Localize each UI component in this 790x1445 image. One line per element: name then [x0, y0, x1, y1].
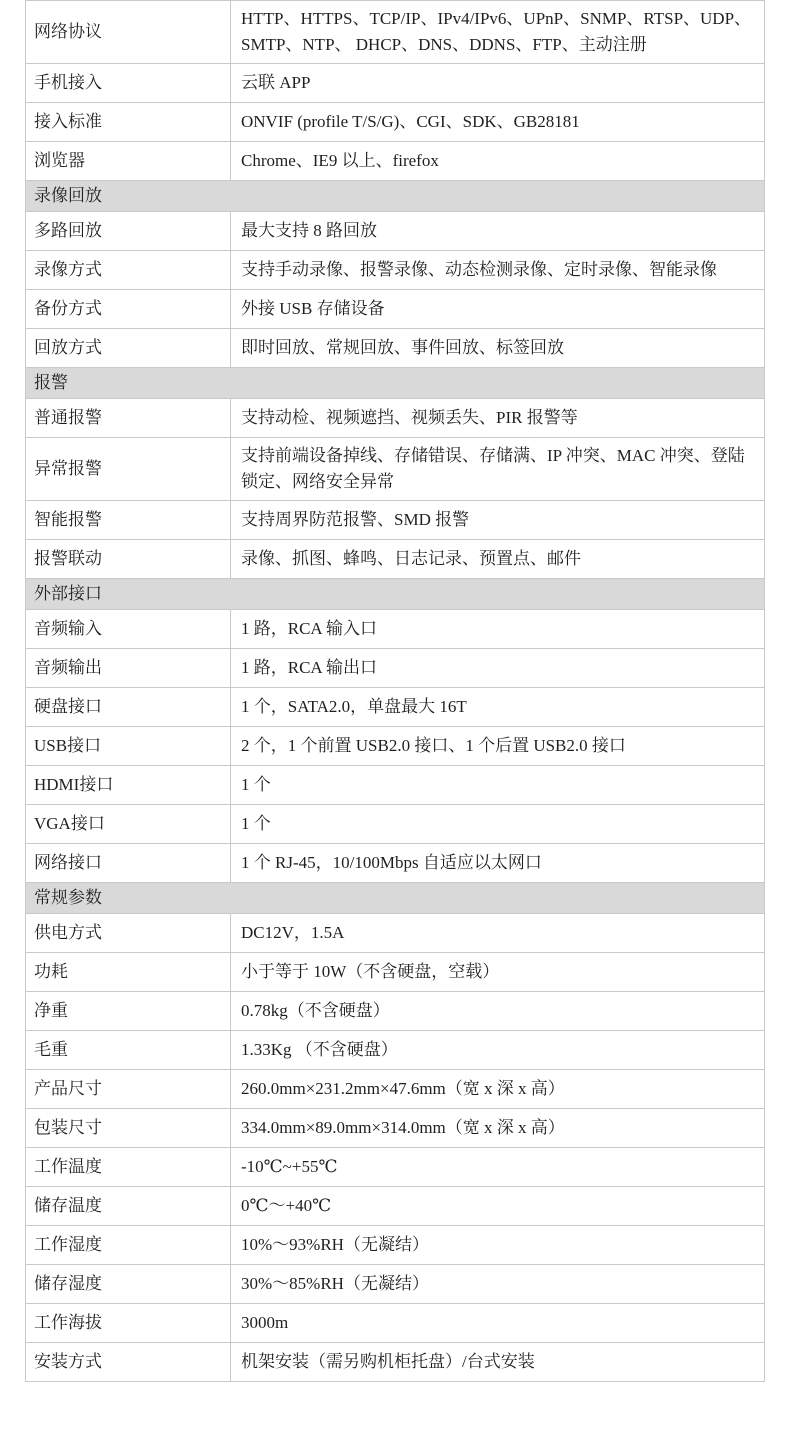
spec-value: 支持手动录像、报警录像、动态检测录像、定时录像、智能录像 [231, 251, 765, 290]
table-row: 功耗小于等于 10W（不含硬盘，空载） [26, 953, 765, 992]
spec-label: 回放方式 [26, 329, 231, 368]
spec-value: 2 个，1 个前置 USB2.0 接口、1 个后置 USB2.0 接口 [231, 727, 765, 766]
section-header-row: 报警 [26, 368, 765, 399]
spec-label: 录像方式 [26, 251, 231, 290]
spec-label: 多路回放 [26, 212, 231, 251]
spec-label: HDMI接口 [26, 766, 231, 805]
table-row: 接入标准ONVIF (profile T/S/G)、CGI、SDK、GB2818… [26, 103, 765, 142]
spec-value: 机架安装（需另购机柜托盘）/台式安装 [231, 1343, 765, 1382]
spec-table: 网络协议HTTP、HTTPS、TCP/IP、IPv4/IPv6、UPnP、SNM… [25, 0, 765, 1382]
section-header-label: 报警 [26, 368, 765, 399]
table-row: 网络协议HTTP、HTTPS、TCP/IP、IPv4/IPv6、UPnP、SNM… [26, 1, 765, 64]
spec-label: 硬盘接口 [26, 688, 231, 727]
spec-label: 异常报警 [26, 438, 231, 501]
spec-value: 1 个，SATA2.0，单盘最大 16T [231, 688, 765, 727]
table-row: 报警联动录像、抓图、蜂鸣、日志记录、预置点、邮件 [26, 540, 765, 579]
table-row: 异常报警支持前端设备掉线、存储错误、存储满、IP 冲突、MAC 冲突、登陆锁定、… [26, 438, 765, 501]
table-row: 手机接入云联 APP [26, 64, 765, 103]
spec-label: 产品尺寸 [26, 1070, 231, 1109]
table-row: 包装尺寸334.0mm×89.0mm×314.0mm（宽 x 深 x 高） [26, 1109, 765, 1148]
spec-value: 1 路，RCA 输出口 [231, 649, 765, 688]
table-row: 净重0.78kg（不含硬盘） [26, 992, 765, 1031]
spec-value: 即时回放、常规回放、事件回放、标签回放 [231, 329, 765, 368]
table-row: 网络接口1 个 RJ-45，10/100Mbps 自适应以太网口 [26, 844, 765, 883]
spec-value: 3000m [231, 1304, 765, 1343]
spec-value: 小于等于 10W（不含硬盘，空载） [231, 953, 765, 992]
section-header-row: 录像回放 [26, 181, 765, 212]
table-row: 浏览器Chrome、IE9 以上、firefox [26, 142, 765, 181]
spec-label: 储存湿度 [26, 1265, 231, 1304]
spec-value: 最大支持 8 路回放 [231, 212, 765, 251]
section-header-row: 常规参数 [26, 883, 765, 914]
spec-label: 浏览器 [26, 142, 231, 181]
spec-value: HTTP、HTTPS、TCP/IP、IPv4/IPv6、UPnP、SNMP、RT… [231, 1, 765, 64]
table-row: 音频输出1 路，RCA 输出口 [26, 649, 765, 688]
spec-value: 1 个 RJ-45，10/100Mbps 自适应以太网口 [231, 844, 765, 883]
spec-value: ONVIF (profile T/S/G)、CGI、SDK、GB28181 [231, 103, 765, 142]
spec-label: VGA接口 [26, 805, 231, 844]
spec-value: 1.33Kg （不含硬盘） [231, 1031, 765, 1070]
spec-value: DC12V，1.5A [231, 914, 765, 953]
table-row: 储存湿度30%～85%RH（无凝结） [26, 1265, 765, 1304]
spec-label: 音频输出 [26, 649, 231, 688]
table-row: 安装方式机架安装（需另购机柜托盘）/台式安装 [26, 1343, 765, 1382]
section-header-label: 外部接口 [26, 579, 765, 610]
spec-label: 手机接入 [26, 64, 231, 103]
spec-label: 网络接口 [26, 844, 231, 883]
table-row: 普通报警支持动检、视频遮挡、视频丢失、PIR 报警等 [26, 399, 765, 438]
spec-value: 1 路，RCA 输入口 [231, 610, 765, 649]
spec-label: 净重 [26, 992, 231, 1031]
spec-value: 0℃～+40℃ [231, 1187, 765, 1226]
spec-value: 1 个 [231, 766, 765, 805]
spec-value: Chrome、IE9 以上、firefox [231, 142, 765, 181]
table-row: 供电方式DC12V，1.5A [26, 914, 765, 953]
table-row: 备份方式外接 USB 存储设备 [26, 290, 765, 329]
spec-label: 报警联动 [26, 540, 231, 579]
spec-label: 接入标准 [26, 103, 231, 142]
spec-value: 外接 USB 存储设备 [231, 290, 765, 329]
table-row: 储存温度0℃～+40℃ [26, 1187, 765, 1226]
spec-label: 储存温度 [26, 1187, 231, 1226]
spec-value: 0.78kg（不含硬盘） [231, 992, 765, 1031]
table-row: 毛重1.33Kg （不含硬盘） [26, 1031, 765, 1070]
spec-value: 260.0mm×231.2mm×47.6mm（宽 x 深 x 高） [231, 1070, 765, 1109]
spec-label: 安装方式 [26, 1343, 231, 1382]
table-row: 回放方式即时回放、常规回放、事件回放、标签回放 [26, 329, 765, 368]
spec-label: 包装尺寸 [26, 1109, 231, 1148]
spec-label: 备份方式 [26, 290, 231, 329]
spec-label: 工作湿度 [26, 1226, 231, 1265]
table-row: 工作温度-10℃~+55℃ [26, 1148, 765, 1187]
spec-value: 云联 APP [231, 64, 765, 103]
spec-label: 音频输入 [26, 610, 231, 649]
spec-value: 334.0mm×89.0mm×314.0mm（宽 x 深 x 高） [231, 1109, 765, 1148]
spec-value: 1 个 [231, 805, 765, 844]
table-row: USB接口2 个，1 个前置 USB2.0 接口、1 个后置 USB2.0 接口 [26, 727, 765, 766]
table-row: HDMI接口1 个 [26, 766, 765, 805]
table-row: 音频输入1 路，RCA 输入口 [26, 610, 765, 649]
section-header-label: 常规参数 [26, 883, 765, 914]
spec-value: 支持前端设备掉线、存储错误、存储满、IP 冲突、MAC 冲突、登陆锁定、网络安全… [231, 438, 765, 501]
table-row: 智能报警支持周界防范报警、SMD 报警 [26, 501, 765, 540]
table-row: 录像方式支持手动录像、报警录像、动态检测录像、定时录像、智能录像 [26, 251, 765, 290]
table-row: 工作湿度10%～93%RH（无凝结） [26, 1226, 765, 1265]
table-row: VGA接口1 个 [26, 805, 765, 844]
spec-label: USB接口 [26, 727, 231, 766]
spec-table-body: 网络协议HTTP、HTTPS、TCP/IP、IPv4/IPv6、UPnP、SNM… [26, 1, 765, 1382]
spec-label: 供电方式 [26, 914, 231, 953]
spec-value: 录像、抓图、蜂鸣、日志记录、预置点、邮件 [231, 540, 765, 579]
spec-value: 支持周界防范报警、SMD 报警 [231, 501, 765, 540]
spec-value: 支持动检、视频遮挡、视频丢失、PIR 报警等 [231, 399, 765, 438]
spec-sheet-page: 网络协议HTTP、HTTPS、TCP/IP、IPv4/IPv6、UPnP、SNM… [0, 0, 790, 1445]
spec-label: 智能报警 [26, 501, 231, 540]
table-row: 工作海拔3000m [26, 1304, 765, 1343]
spec-value: -10℃~+55℃ [231, 1148, 765, 1187]
spec-label: 工作海拔 [26, 1304, 231, 1343]
spec-label: 普通报警 [26, 399, 231, 438]
spec-label: 毛重 [26, 1031, 231, 1070]
spec-label: 功耗 [26, 953, 231, 992]
spec-label: 工作温度 [26, 1148, 231, 1187]
spec-value: 30%～85%RH（无凝结） [231, 1265, 765, 1304]
section-header-row: 外部接口 [26, 579, 765, 610]
spec-label: 网络协议 [26, 1, 231, 64]
table-row: 硬盘接口1 个，SATA2.0，单盘最大 16T [26, 688, 765, 727]
table-row: 产品尺寸260.0mm×231.2mm×47.6mm（宽 x 深 x 高） [26, 1070, 765, 1109]
table-row: 多路回放最大支持 8 路回放 [26, 212, 765, 251]
section-header-label: 录像回放 [26, 181, 765, 212]
spec-value: 10%～93%RH（无凝结） [231, 1226, 765, 1265]
